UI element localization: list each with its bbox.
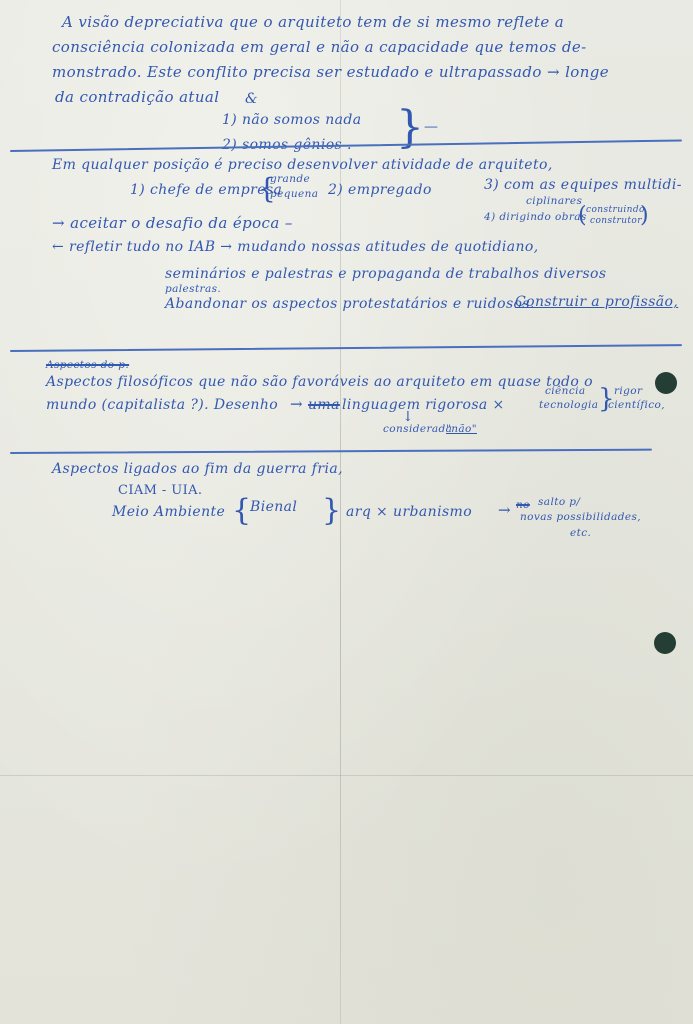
role-3-equipes: 3) com as equipes multidi-: [484, 178, 682, 192]
considerada-label: considerada: [383, 424, 452, 435]
manuscript-page: A visão depreciativa que o arquiteto tem…: [0, 0, 693, 1024]
struck-heading: Aspectos do p.: [46, 360, 129, 371]
arrow-down-icon: ↓: [402, 410, 414, 424]
s4-salto: salto p/: [538, 497, 580, 508]
role-4-dirigindo: 4) dirigindo obras: [484, 212, 587, 223]
s4-bienal: Bienal: [250, 500, 297, 514]
s4-line-1: Aspectos ligados ao fim da guerra fria,: [52, 462, 343, 476]
role-3-equipes-cont: ciplinares: [526, 196, 582, 207]
role-4-paren-close: ): [640, 205, 649, 227]
item-nao-somos-nada: 1) não somos nada: [222, 113, 362, 127]
arrow-right-icon: →: [290, 397, 303, 412]
s2-intro: Em qualquer posição é preciso desenvolve…: [52, 158, 553, 172]
tecnologia-label: tecnologia: [539, 400, 598, 411]
s3-struck-word: uma: [308, 398, 340, 412]
punch-hole-bottom: [654, 632, 676, 654]
s4-etc: etc.: [570, 528, 591, 539]
role-4-construindo: construindo: [586, 206, 645, 215]
bienal-brace-close: }: [322, 496, 341, 526]
bienal-brace-open: {: [232, 496, 251, 526]
punch-hole-top: [655, 372, 677, 394]
horizontal-fold-line: [0, 775, 693, 776]
s4-meio-ambiente: Meio Ambiente: [112, 505, 225, 519]
note-seminarios: seminários e palestras e propaganda de t…: [165, 267, 606, 281]
arrow-right-icon-2: →: [498, 503, 511, 518]
role-2-empregado: 2) empregado: [328, 183, 432, 197]
nao-underlined: "não": [446, 424, 477, 435]
role-1-pequena: pequena: [270, 189, 318, 200]
ciencia-label: ciência: [545, 386, 586, 397]
s1-line-2: consciência colonizada em geral e não a …: [52, 40, 587, 55]
note-palestras: palestras.: [165, 284, 221, 295]
divider-3: [10, 449, 652, 454]
s4-struck-word: no: [516, 500, 530, 511]
action-aceitar-desafio: → aceitar o desafio da época –: [52, 216, 293, 231]
cientifico-label: científico,: [608, 400, 665, 411]
s3-line-2a: mundo (capitalista ?). Desenho: [46, 398, 278, 412]
ampersand-mark: &: [245, 92, 258, 106]
s4-arq-urbanismo: arq × urbanismo: [346, 505, 472, 519]
role-4-construtor: construtor: [590, 217, 642, 226]
s3-line-2b: linguagem rigorosa ×: [342, 398, 505, 412]
action-refletir-iab: ← refletir tudo no IAB → mudando nossas …: [52, 240, 539, 254]
s1-line-3: monstrado. Este conflito precisa ser est…: [52, 65, 609, 80]
s1-line-4: da contradição atual: [55, 90, 219, 105]
s3-line-1: Aspectos filosóficos que não são favoráv…: [46, 375, 593, 389]
brace-dash: —: [424, 120, 438, 134]
s1-line-1: A visão depreciativa que o arquiteto tem…: [62, 15, 564, 30]
rigor-label: rigor: [614, 386, 642, 397]
note-abandonar: Abandonar os aspectos protestatários e r…: [165, 297, 535, 311]
role-1-grande: grande: [270, 174, 310, 185]
s4-ciam-uia: CIAM - UIA.: [118, 484, 202, 497]
divider-2: [10, 344, 682, 351]
note-construir-profissao: Construir a profissão,: [515, 295, 678, 309]
s4-novas-possibilidades: novas possibilidades,: [520, 512, 641, 523]
